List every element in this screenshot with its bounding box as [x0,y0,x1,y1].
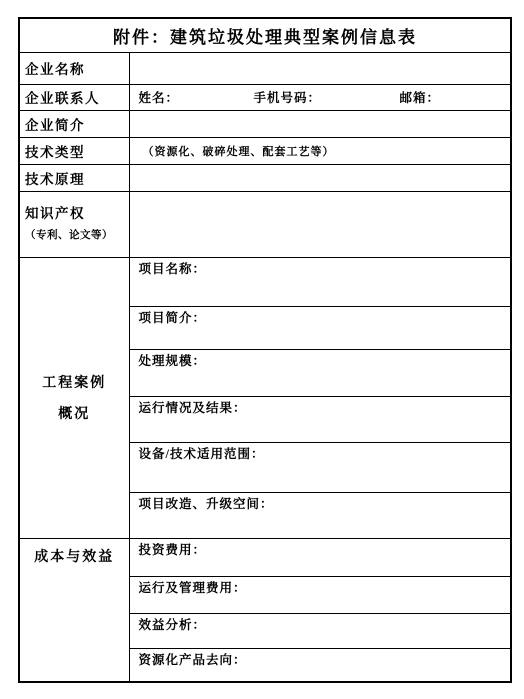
case-project-name-label: 项目名称： [139,262,207,276]
case-processing-scale-label: 处理规模： [139,354,207,368]
cost-operation-management-cell[interactable]: 运行及管理费用： [129,576,511,613]
case-project-name-cell[interactable]: 项目名称： [129,257,511,306]
contact-name-field-label: 姓名： [139,88,254,106]
cost-section-label: 成本与效益 [19,538,129,682]
case-project-intro-cell[interactable]: 项目简介： [129,306,511,349]
cost-operation-management-label: 运行及管理费用： [139,581,247,595]
company-name-input-cell[interactable] [129,52,511,84]
company-name-label: 企业名称 [19,52,129,84]
company-contact-input-cell[interactable]: 姓名： 手机号码： 邮箱： [129,84,511,110]
document-page: 附件：建筑垃圾处理典型案例信息表 企业名称 企业联系人 姓名： 手机号码： 邮箱… [0,0,524,699]
intellectual-property-label: 知识产权 （专利、论文等） [19,191,129,257]
technology-principle-input-cell[interactable] [129,164,511,191]
company-contact-label: 企业联系人 [19,84,129,110]
case-project-intro-label: 项目简介： [139,311,207,325]
case-upgrade-space-cell[interactable]: 项目改造、升级空间： [129,492,511,538]
intellectual-property-label-main: 知识产权 [25,207,129,222]
cost-investment-label: 投资费用： [139,543,207,557]
intellectual-property-input-cell[interactable] [129,191,511,257]
technology-type-label: 技术类型 [19,137,129,164]
technology-type-input-cell[interactable]: （资源化、破碎处理、配套工艺等） [129,137,511,164]
cost-benefit-analysis-label: 效益分析： [139,618,207,632]
contact-phone-field-label: 手机号码： [254,88,400,106]
cost-benefit-analysis-cell[interactable]: 效益分析： [129,613,511,648]
case-section-label-line2: 概况 [20,403,129,423]
form-title: 附件：建筑垃圾处理典型案例信息表 [19,18,511,52]
contact-email-field-label: 邮箱： [400,88,511,106]
cost-recycled-product-destination-cell[interactable]: 资源化产品去向： [129,648,511,682]
case-processing-scale-cell[interactable]: 处理规模： [129,349,511,396]
case-operation-results-cell[interactable]: 运行情况及结果： [129,396,511,442]
technology-type-hint: （资源化、破碎处理、配套工艺等） [143,146,335,158]
case-operation-results-label: 运行情况及结果： [139,401,247,415]
case-section-label-line1: 工程案例 [20,372,129,392]
intellectual-property-label-sub: （专利、论文等） [25,230,129,242]
case-upgrade-space-label: 项目改造、升级空间： [139,497,274,511]
case-section-label: 工程案例 概况 [19,257,129,538]
case-applicable-scope-cell[interactable]: 设备/技术适用范围： [129,442,511,492]
technology-principle-label: 技术原理 [19,164,129,191]
cost-recycled-product-destination-label: 资源化产品去向： [139,653,247,667]
case-info-table: 附件：建筑垃圾处理典型案例信息表 企业名称 企业联系人 姓名： 手机号码： 邮箱… [18,17,512,683]
company-profile-input-cell[interactable] [129,110,511,137]
contact-fields: 姓名： 手机号码： 邮箱： [130,88,511,106]
company-profile-label: 企业简介 [19,110,129,137]
cost-investment-cell[interactable]: 投资费用： [129,538,511,576]
case-applicable-scope-label: 设备/技术适用范围： [139,447,265,461]
